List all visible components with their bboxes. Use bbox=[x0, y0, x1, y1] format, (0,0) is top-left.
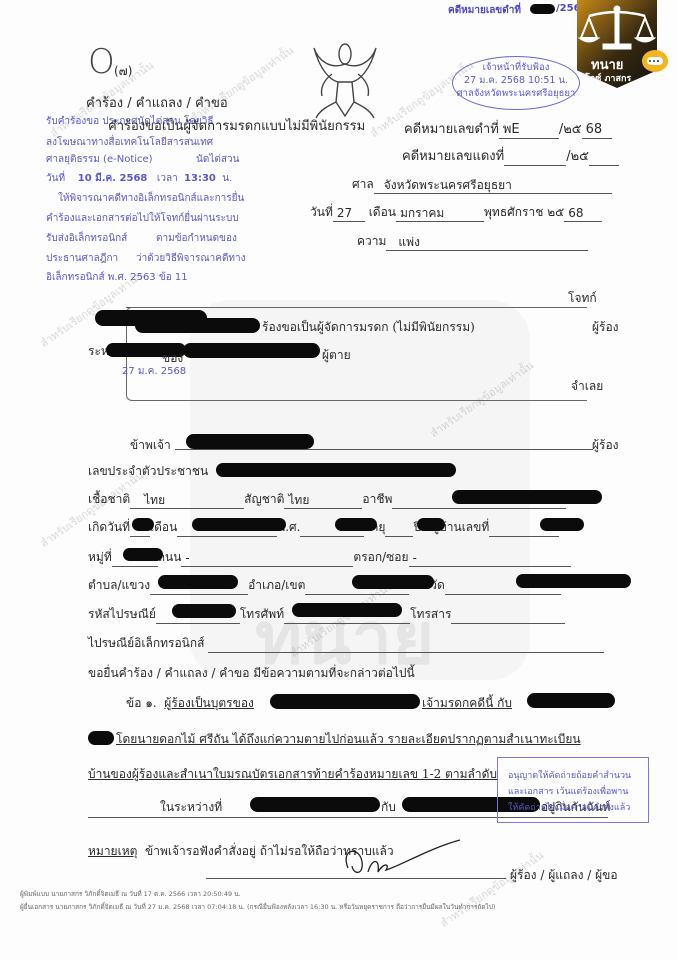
permit-stamp: อนุญาตให้คัดถ่ายถ้อยคำสำนวน และเอกสาร เว… bbox=[497, 757, 649, 823]
footer-line1: ผู้พิมพ์แบบ นายภาสกร วิภักดิ์จิตเมธี ณ ว… bbox=[20, 889, 241, 899]
signature-label: ผู้ร้อง / ผู้แถลง / ผู้ขอ bbox=[510, 866, 618, 885]
date-label: วันที่ bbox=[310, 205, 333, 219]
black-case-year-field[interactable]: 68 bbox=[582, 123, 612, 139]
black-case-year-prefix: /๒๕ bbox=[559, 122, 582, 137]
notice-line9: อิเล็กทรอนิกส์ พ.ศ. 2563 ข้อ 11 bbox=[46, 270, 188, 285]
lawyer-logo: ทนาย โอซ์ ภาสกร bbox=[577, 0, 657, 88]
redaction bbox=[352, 575, 434, 589]
permit-line3: ให้คัดถ่ายได้เมื่อศาลมีคำสั่งแล้ว bbox=[498, 800, 648, 816]
received-stamp-court: ศาลจังหวัดพระนครศรีอยุธยา bbox=[453, 87, 579, 100]
received-stamp: เจ้าหน้าที่รับฟ้อง 27 ม.ค. 2568 10:51 น.… bbox=[452, 56, 580, 110]
year-field[interactable]: 68 bbox=[564, 206, 602, 222]
i-label: ข้าพเจ้า bbox=[130, 436, 171, 455]
occupation-label: อาชีพ bbox=[362, 492, 392, 506]
redaction bbox=[132, 518, 154, 531]
court-field[interactable]: จังหวัดพระนครศรีอยุธยา bbox=[374, 178, 612, 194]
footer-line2: ผู้ยื่นเอกสาร นายภาสกร วิภักดิ์จิตเมธี ณ… bbox=[20, 902, 495, 912]
red-case-year-field[interactable] bbox=[589, 150, 619, 166]
form-type: คำร้อง / คำแถลง / คำขอ bbox=[86, 92, 228, 113]
redaction bbox=[192, 518, 286, 531]
received-stamp-line1: เจ้าหน้าที่รับฟ้อง bbox=[453, 61, 579, 74]
form-subject: คำร้องขอเป็นผู้จัดการมรดกแบบไม่มีพินัยกร… bbox=[108, 115, 365, 136]
year-label: พุทธศักราช bbox=[484, 205, 543, 219]
month-label: เดือน bbox=[369, 205, 396, 219]
birth-month-label: เดือน bbox=[150, 520, 177, 534]
stamp-case-label: คดีหมายเลขดำที่ bbox=[448, 5, 521, 16]
red-case-field[interactable] bbox=[504, 150, 566, 166]
form-number: (๗) bbox=[114, 62, 132, 81]
notice-line6: คำร้องและเอกสารต่อไปให้โจทก์ยื่นผ่านระบบ bbox=[46, 211, 239, 226]
black-case-label: คดีหมายเลขดำที่ bbox=[404, 122, 499, 137]
matter-field[interactable]: แพ่ง bbox=[386, 235, 588, 251]
stamp-case-suffix: /256 bbox=[556, 3, 581, 14]
redaction bbox=[452, 490, 602, 504]
redaction bbox=[172, 604, 236, 618]
notice-time-unit: น. bbox=[222, 173, 232, 184]
clause-line3: บ้านของผู้ร้องและสำเนาใบมรณบัตรเอกสารท้า… bbox=[88, 765, 497, 784]
redaction bbox=[123, 548, 163, 561]
clause-line1-b: เจ้ามรดกคดีนี้ กับ bbox=[422, 694, 512, 713]
nationality-label: สัญชาติ bbox=[244, 492, 284, 506]
clause-line2: โดยนายดอกไม้ ศรีถัน ได้ถึงแก่ความตายไปก่… bbox=[116, 730, 581, 749]
subdistrict-label: ตำบล/แขวง bbox=[88, 578, 150, 592]
postcode-label: รหัสไปรษณีย์ bbox=[88, 607, 156, 621]
signature-scribble[interactable] bbox=[330, 838, 470, 878]
garuda-emblem-icon bbox=[310, 40, 380, 122]
petitioner-label: ผู้ร้อง bbox=[592, 318, 619, 337]
fax-label: โทรสาร bbox=[410, 607, 451, 621]
redaction bbox=[516, 574, 631, 588]
defendant-label: จำเลย bbox=[571, 377, 603, 396]
clause-number: ข้อ ๑. bbox=[126, 696, 157, 710]
age-field[interactable] bbox=[385, 521, 413, 537]
notice-line8b: ว่าด้วยวิธีพิจารณาคดีทาง bbox=[136, 251, 246, 266]
email-label: ไปรษณีย์อิเล็กทรอนิกส์ bbox=[88, 636, 204, 650]
moo-label: หมู่ที่ bbox=[88, 550, 112, 564]
petition-text: ร้องขอเป็นผู้จัดการมรดก (ไม่มีพินัยกรรม) bbox=[262, 318, 475, 337]
redaction bbox=[250, 797, 380, 812]
petitioner-label-2: ผู้ร้อง bbox=[592, 436, 619, 455]
permit-line1: อนุญาตให้คัดถ่ายถ้อยคำสำนวน bbox=[498, 768, 648, 784]
clause-line1-a: ผู้ร้องเป็นบุตรของ bbox=[164, 696, 254, 710]
court-label: ศาล bbox=[352, 177, 374, 191]
red-case-label: คดีหมายเลขแดงที่ bbox=[402, 149, 504, 164]
received-stamp-datetime: 27 ม.ค. 2568 10:51 น. bbox=[453, 74, 579, 87]
clause-line4-b: กับ bbox=[381, 798, 396, 817]
id-label: เลขประจำตัวประชาชน bbox=[88, 462, 208, 481]
logo-subtitle: โอซ์ ภาสกร bbox=[585, 71, 631, 85]
nationality-field[interactable]: ไทย bbox=[284, 493, 362, 509]
id-field-redacted[interactable] bbox=[216, 463, 456, 477]
chat-bubble-icon bbox=[642, 50, 668, 72]
deceased-label: ผู้ตาย bbox=[322, 346, 351, 365]
plaintiff-label: โจทก์ bbox=[568, 289, 597, 308]
phone-label: โทรศัพท์ bbox=[240, 607, 284, 621]
notice-time: 13:30 bbox=[184, 173, 216, 184]
redaction bbox=[158, 575, 238, 589]
soi-field[interactable]: - bbox=[409, 551, 571, 567]
notice-line5: ให้พิจารณาคดีทางอิเล็กทรอนิกส์และการยื่น bbox=[58, 191, 244, 206]
year-prefix: ๒๕ bbox=[547, 205, 564, 219]
red-case-year-prefix: /๒๕ bbox=[566, 149, 589, 164]
race-field[interactable]: ไทย bbox=[130, 493, 244, 509]
between-date: 27 ม.ค. 2568 bbox=[122, 364, 186, 379]
note-label: หมายเหตุ bbox=[88, 844, 137, 858]
redaction bbox=[270, 694, 420, 709]
redaction bbox=[183, 343, 320, 358]
month-field[interactable]: มกราคม bbox=[396, 206, 484, 222]
soi-label: ตรอก/ซอย bbox=[353, 550, 408, 564]
redaction bbox=[135, 318, 260, 333]
redaction bbox=[88, 731, 114, 745]
clause-line4-a: ในระหว่างที่ bbox=[160, 798, 222, 817]
notice-line3b: นัดไต่สวน bbox=[196, 152, 239, 167]
notice-date: 10 มี.ค. 2568 bbox=[78, 173, 148, 184]
district-label: อำเภอ/เขต bbox=[248, 578, 305, 592]
notice-time-label: เวลา bbox=[157, 173, 178, 184]
email-field[interactable] bbox=[208, 637, 604, 653]
redaction bbox=[186, 434, 314, 449]
permit-line2: และเอกสาร เว้นแต่ร้องเพื่อพาน bbox=[498, 784, 648, 800]
notice-date-label: วันที่ bbox=[46, 173, 65, 184]
road-field[interactable]: - bbox=[181, 551, 353, 567]
date-day-field[interactable]: 27 bbox=[333, 206, 365, 222]
redaction bbox=[417, 518, 445, 531]
fax-field[interactable] bbox=[451, 608, 565, 624]
race-label: เชื้อชาติ bbox=[88, 492, 130, 506]
notice-line3a: ศาลยุติธรรม (e-Notice) bbox=[46, 152, 153, 167]
birth-day-label: เกิดวันที่ bbox=[88, 520, 130, 534]
redaction bbox=[540, 518, 584, 531]
redaction bbox=[292, 603, 402, 617]
redaction bbox=[530, 4, 555, 14]
black-case-field[interactable]: พE bbox=[499, 123, 559, 139]
redaction bbox=[527, 693, 615, 708]
notice-line7b: ตามข้อกำหนดของ bbox=[156, 231, 237, 246]
notice-line2: ลงโฆษณาทางสื่อเทคโนโลยีสารสนเทศ bbox=[46, 135, 213, 150]
form-circle: O bbox=[88, 42, 115, 82]
notice-line8a: ประธานศาลฎีกา bbox=[46, 251, 118, 266]
redaction bbox=[335, 518, 377, 531]
intro-text: ขอยื่นคำร้อง / คำแถลง / คำขอ มีข้อความตา… bbox=[88, 664, 415, 683]
scales-of-justice-icon bbox=[577, 4, 657, 56]
notice-line7a: รับส่งอิเล็กทรอนิกส์ bbox=[46, 231, 127, 246]
matter-label: ความ bbox=[357, 234, 386, 248]
